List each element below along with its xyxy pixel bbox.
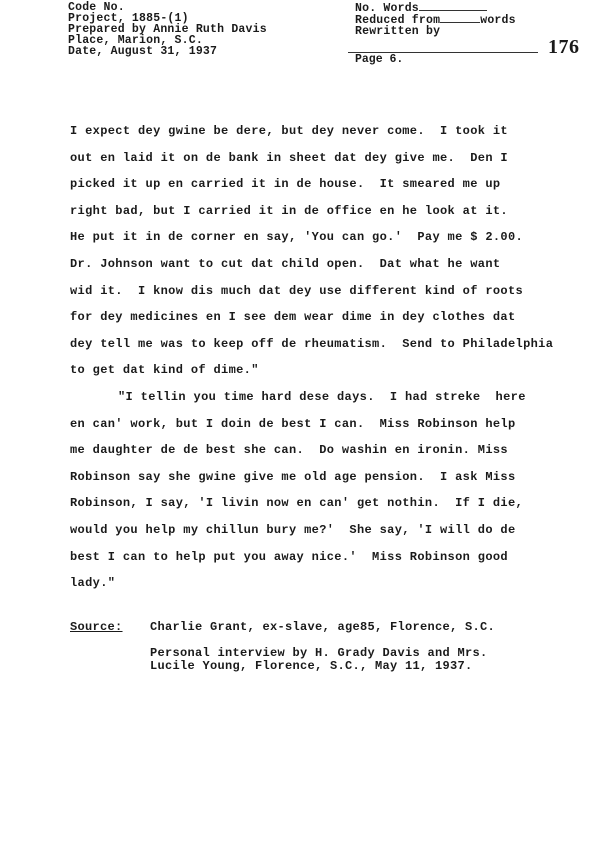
page-label: Page 6.	[355, 54, 403, 65]
source-value: Charlie Grant, ex-slave, age85, Florence…	[150, 620, 495, 634]
interview-line: Personal interview by H. Grady Davis and…	[150, 647, 488, 660]
body-line-paragraph-start: "I tellin you time hard dese days. I had…	[70, 384, 590, 411]
interview-note: Personal interview by H. Grady Davis and…	[150, 647, 488, 672]
reduced-from-blank	[440, 14, 480, 23]
body-line: lady."	[70, 570, 590, 597]
date-field: Date, August 31, 1937	[68, 46, 267, 57]
body-line: en can' work, but I doin de best I can. …	[70, 411, 590, 438]
body-line: Robinson, I say, 'I livin now en can' ge…	[70, 490, 590, 517]
body-line: Robinson say she gwine give me old age p…	[70, 464, 590, 491]
rewritten-by-label: Rewritten by	[355, 25, 440, 38]
body-line: best I can to help put you away nice.' M…	[70, 544, 590, 571]
body-line: picked it up en carried it in de house. …	[70, 171, 590, 198]
header-metadata-left: Code No. Project, 1885-(1) Prepared by A…	[68, 2, 267, 57]
body-line: Dr. Johnson want to cut dat child open. …	[70, 251, 590, 278]
body-line: He put it in de corner en say, 'You can …	[70, 224, 590, 251]
body-line: wid it. I know dis much dat dey use diff…	[70, 278, 590, 305]
page-number-stamp: 176	[548, 36, 580, 59]
body-line: me daughter de de best she can. Do washi…	[70, 437, 590, 464]
source-label: Source:	[70, 620, 123, 634]
interview-line: Lucile Young, Florence, S.C., May 11, 19…	[150, 660, 488, 673]
narrative-body: I expect dey gwine be dere, but dey neve…	[70, 118, 590, 597]
body-line: dey tell me was to keep off de rheumatis…	[70, 331, 590, 358]
body-line: right bad, but I carried it in de office…	[70, 198, 590, 225]
body-line: for dey medicines en I see dem wear dime…	[70, 304, 590, 331]
body-line: I expect dey gwine be dere, but dey neve…	[70, 118, 590, 145]
body-line: out en laid it on de bank in sheet dat d…	[70, 145, 590, 172]
reduced-words-label: words	[480, 14, 516, 27]
no-words-blank	[419, 2, 487, 11]
body-line: to get dat kind of dime."	[70, 357, 590, 384]
document-page: Code No. Project, 1885-(1) Prepared by A…	[0, 0, 600, 854]
header-metadata-right: No. Words Reduced fromwords Rewritten by	[355, 2, 516, 37]
body-line: would you help my chillun bury me?' She …	[70, 517, 590, 544]
